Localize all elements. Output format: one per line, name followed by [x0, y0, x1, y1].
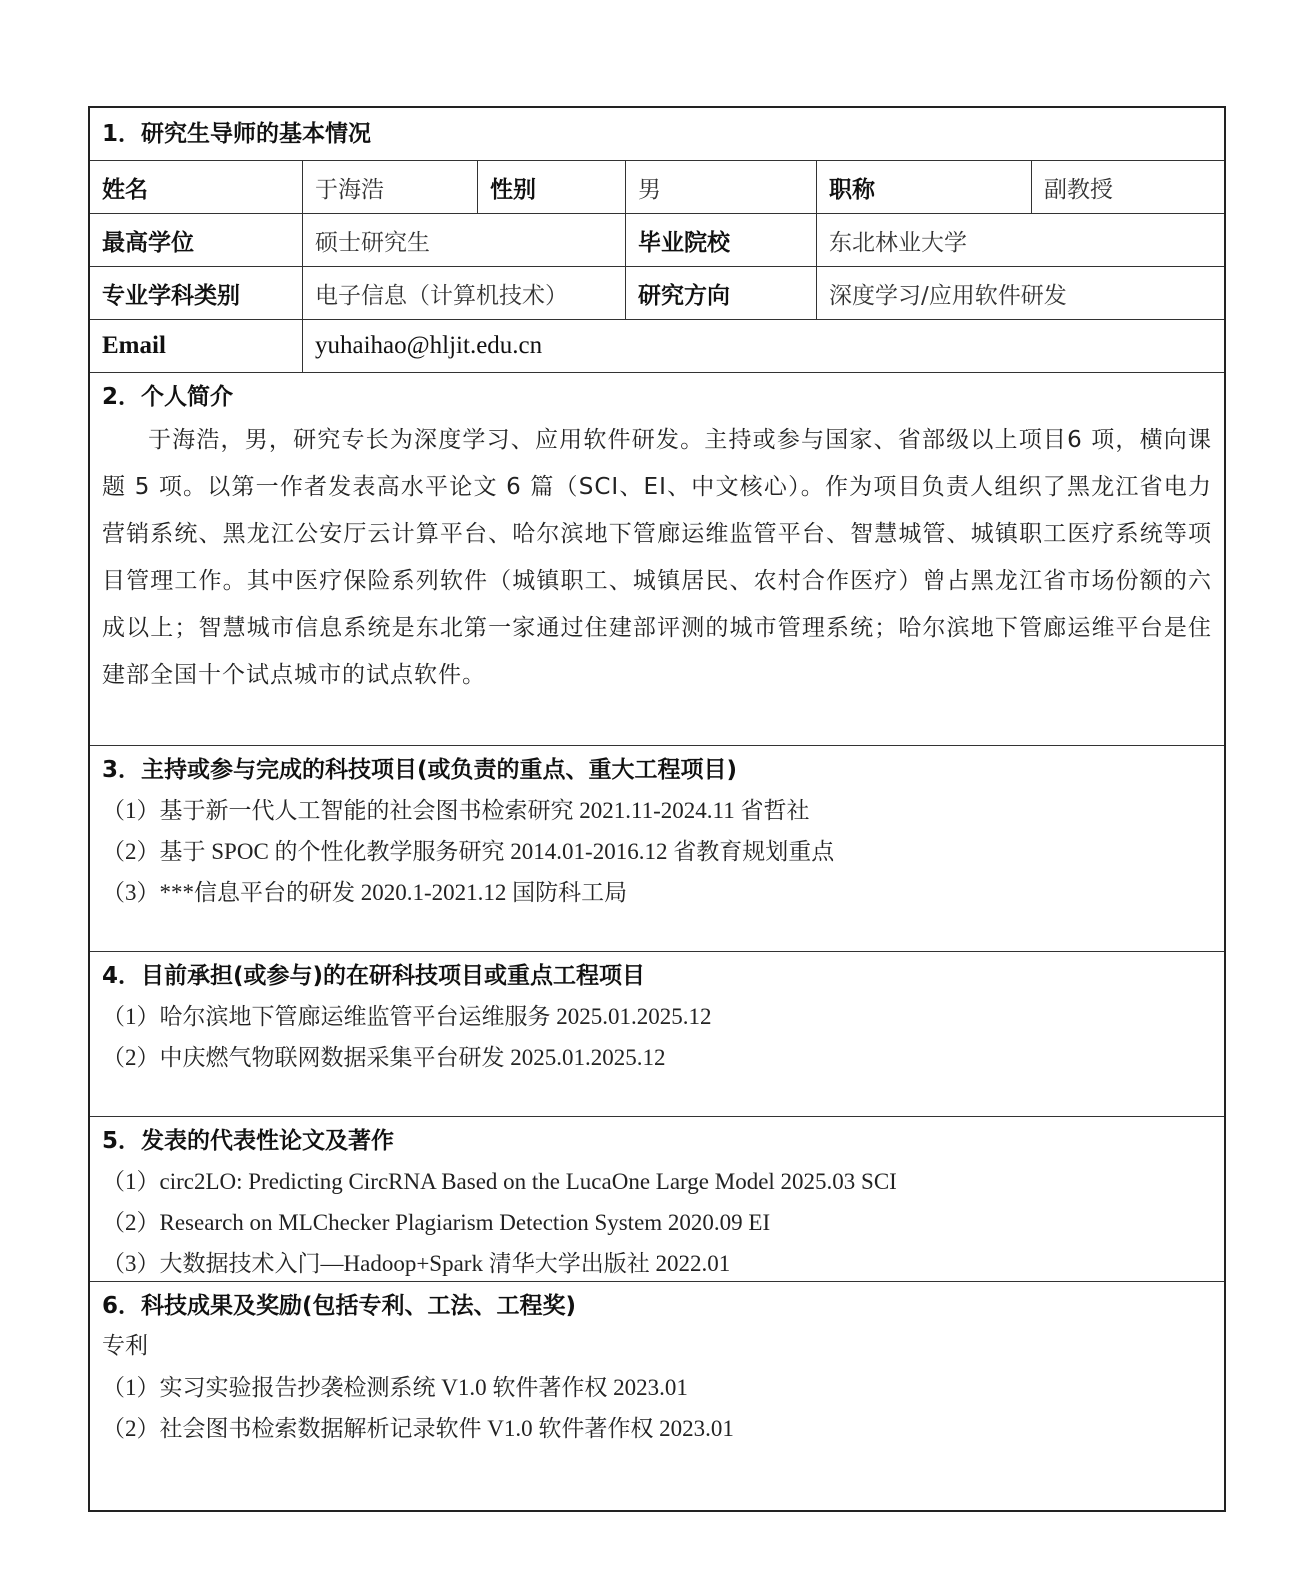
gender-value: 男 — [626, 161, 817, 213]
email-label: Email — [90, 320, 303, 372]
publication-item: （3）大数据技术入门—Hadoop+Spark 清华大学出版社 2022.01 — [102, 1243, 1212, 1284]
direction-label: 研究方向 — [626, 267, 817, 319]
gender-label: 性别 — [478, 161, 626, 213]
section5-row: 5．发表的代表性论文及著作 （1）circ2LO: Predicting Cir… — [90, 1117, 1224, 1282]
discipline-label: 专业学科类别 — [90, 267, 303, 319]
degree-value: 硕士研究生 — [303, 214, 626, 266]
completed-project-item: （2）基于 SPOC 的个性化教学服务研究 2014.01-2016.12 省教… — [102, 831, 1212, 872]
section3-title: 3．主持或参与完成的科技项目(或负责的重点、重大工程项目) — [102, 750, 1212, 790]
name-value: 于海浩 — [303, 161, 478, 213]
section2-title: 2．个人简介 — [102, 377, 1212, 417]
publication-item: （2）Research on MLChecker Plagiarism Dete… — [102, 1202, 1212, 1243]
email-value[interactable]: yuhaihao@hljit.edu.cn — [303, 320, 1224, 372]
completed-project-item: （1）基于新一代人工智能的社会图书检索研究 2021.11-2024.11 省哲… — [102, 790, 1212, 831]
section3-row: 3．主持或参与完成的科技项目(或负责的重点、重大工程项目) （1）基于新一代人工… — [90, 746, 1224, 952]
advisor-info-table: 1．研究生导师的基本情况 姓名 于海浩 性别 男 职称 副教授 最高学位 硕士研… — [88, 106, 1226, 1512]
bio-paragraph: 于海浩，男，研究专长为深度学习、应用软件研发。主持或参与国家、省部级以上项目6 … — [102, 417, 1212, 699]
ongoing-project-item: （1）哈尔滨地下管廊运维监管平台运维服务 2025.01.2025.12 — [102, 996, 1212, 1037]
title-label: 职称 — [817, 161, 1032, 213]
title-value: 副教授 — [1032, 161, 1224, 213]
school-label: 毕业院校 — [626, 214, 817, 266]
section1-header-row: 1．研究生导师的基本情况 — [90, 108, 1224, 161]
basic-row-2: 最高学位 硕士研究生 毕业院校 东北林业大学 — [90, 214, 1224, 267]
section4-title: 4．目前承担(或参与)的在研科技项目或重点工程项目 — [102, 956, 1212, 996]
publication-item: （1）circ2LO: Predicting CircRNA Based on … — [102, 1161, 1212, 1202]
patent-subtitle: 专利 — [102, 1326, 1212, 1367]
degree-label: 最高学位 — [90, 214, 303, 266]
basic-row-1: 姓名 于海浩 性别 男 职称 副教授 — [90, 161, 1224, 214]
section1-title: 1．研究生导师的基本情况 — [90, 108, 1224, 160]
section6-row: 6．科技成果及奖励(包括专利、工法、工程奖) 专利 （1）实习实验报告抄袭检测系… — [90, 1282, 1224, 1510]
school-value: 东北林业大学 — [817, 214, 1224, 266]
section5-title: 5．发表的代表性论文及著作 — [102, 1121, 1212, 1161]
name-label: 姓名 — [90, 161, 303, 213]
section6-title: 6．科技成果及奖励(包括专利、工法、工程奖) — [102, 1286, 1212, 1326]
basic-row-email: Email yuhaihao@hljit.edu.cn — [90, 320, 1224, 373]
discipline-value: 电子信息（计算机技术） — [303, 267, 626, 319]
ongoing-project-item: （2）中庆燃气物联网数据采集平台研发 2025.01.2025.12 — [102, 1037, 1212, 1078]
basic-row-3: 专业学科类别 电子信息（计算机技术） 研究方向 深度学习/应用软件研发 — [90, 267, 1224, 320]
award-item: （1）实习实验报告抄袭检测系统 V1.0 软件著作权 2023.01 — [102, 1367, 1212, 1408]
section2-row: 2．个人简介 于海浩，男，研究专长为深度学习、应用软件研发。主持或参与国家、省部… — [90, 373, 1224, 746]
award-item: （2）社会图书检索数据解析记录软件 V1.0 软件著作权 2023.01 — [102, 1408, 1212, 1449]
section4-row: 4．目前承担(或参与)的在研科技项目或重点工程项目 （1）哈尔滨地下管廊运维监管… — [90, 952, 1224, 1117]
completed-project-item: （3）***信息平台的研发 2020.1-2021.12 国防科工局 — [102, 872, 1212, 913]
direction-value: 深度学习/应用软件研发 — [817, 267, 1224, 319]
